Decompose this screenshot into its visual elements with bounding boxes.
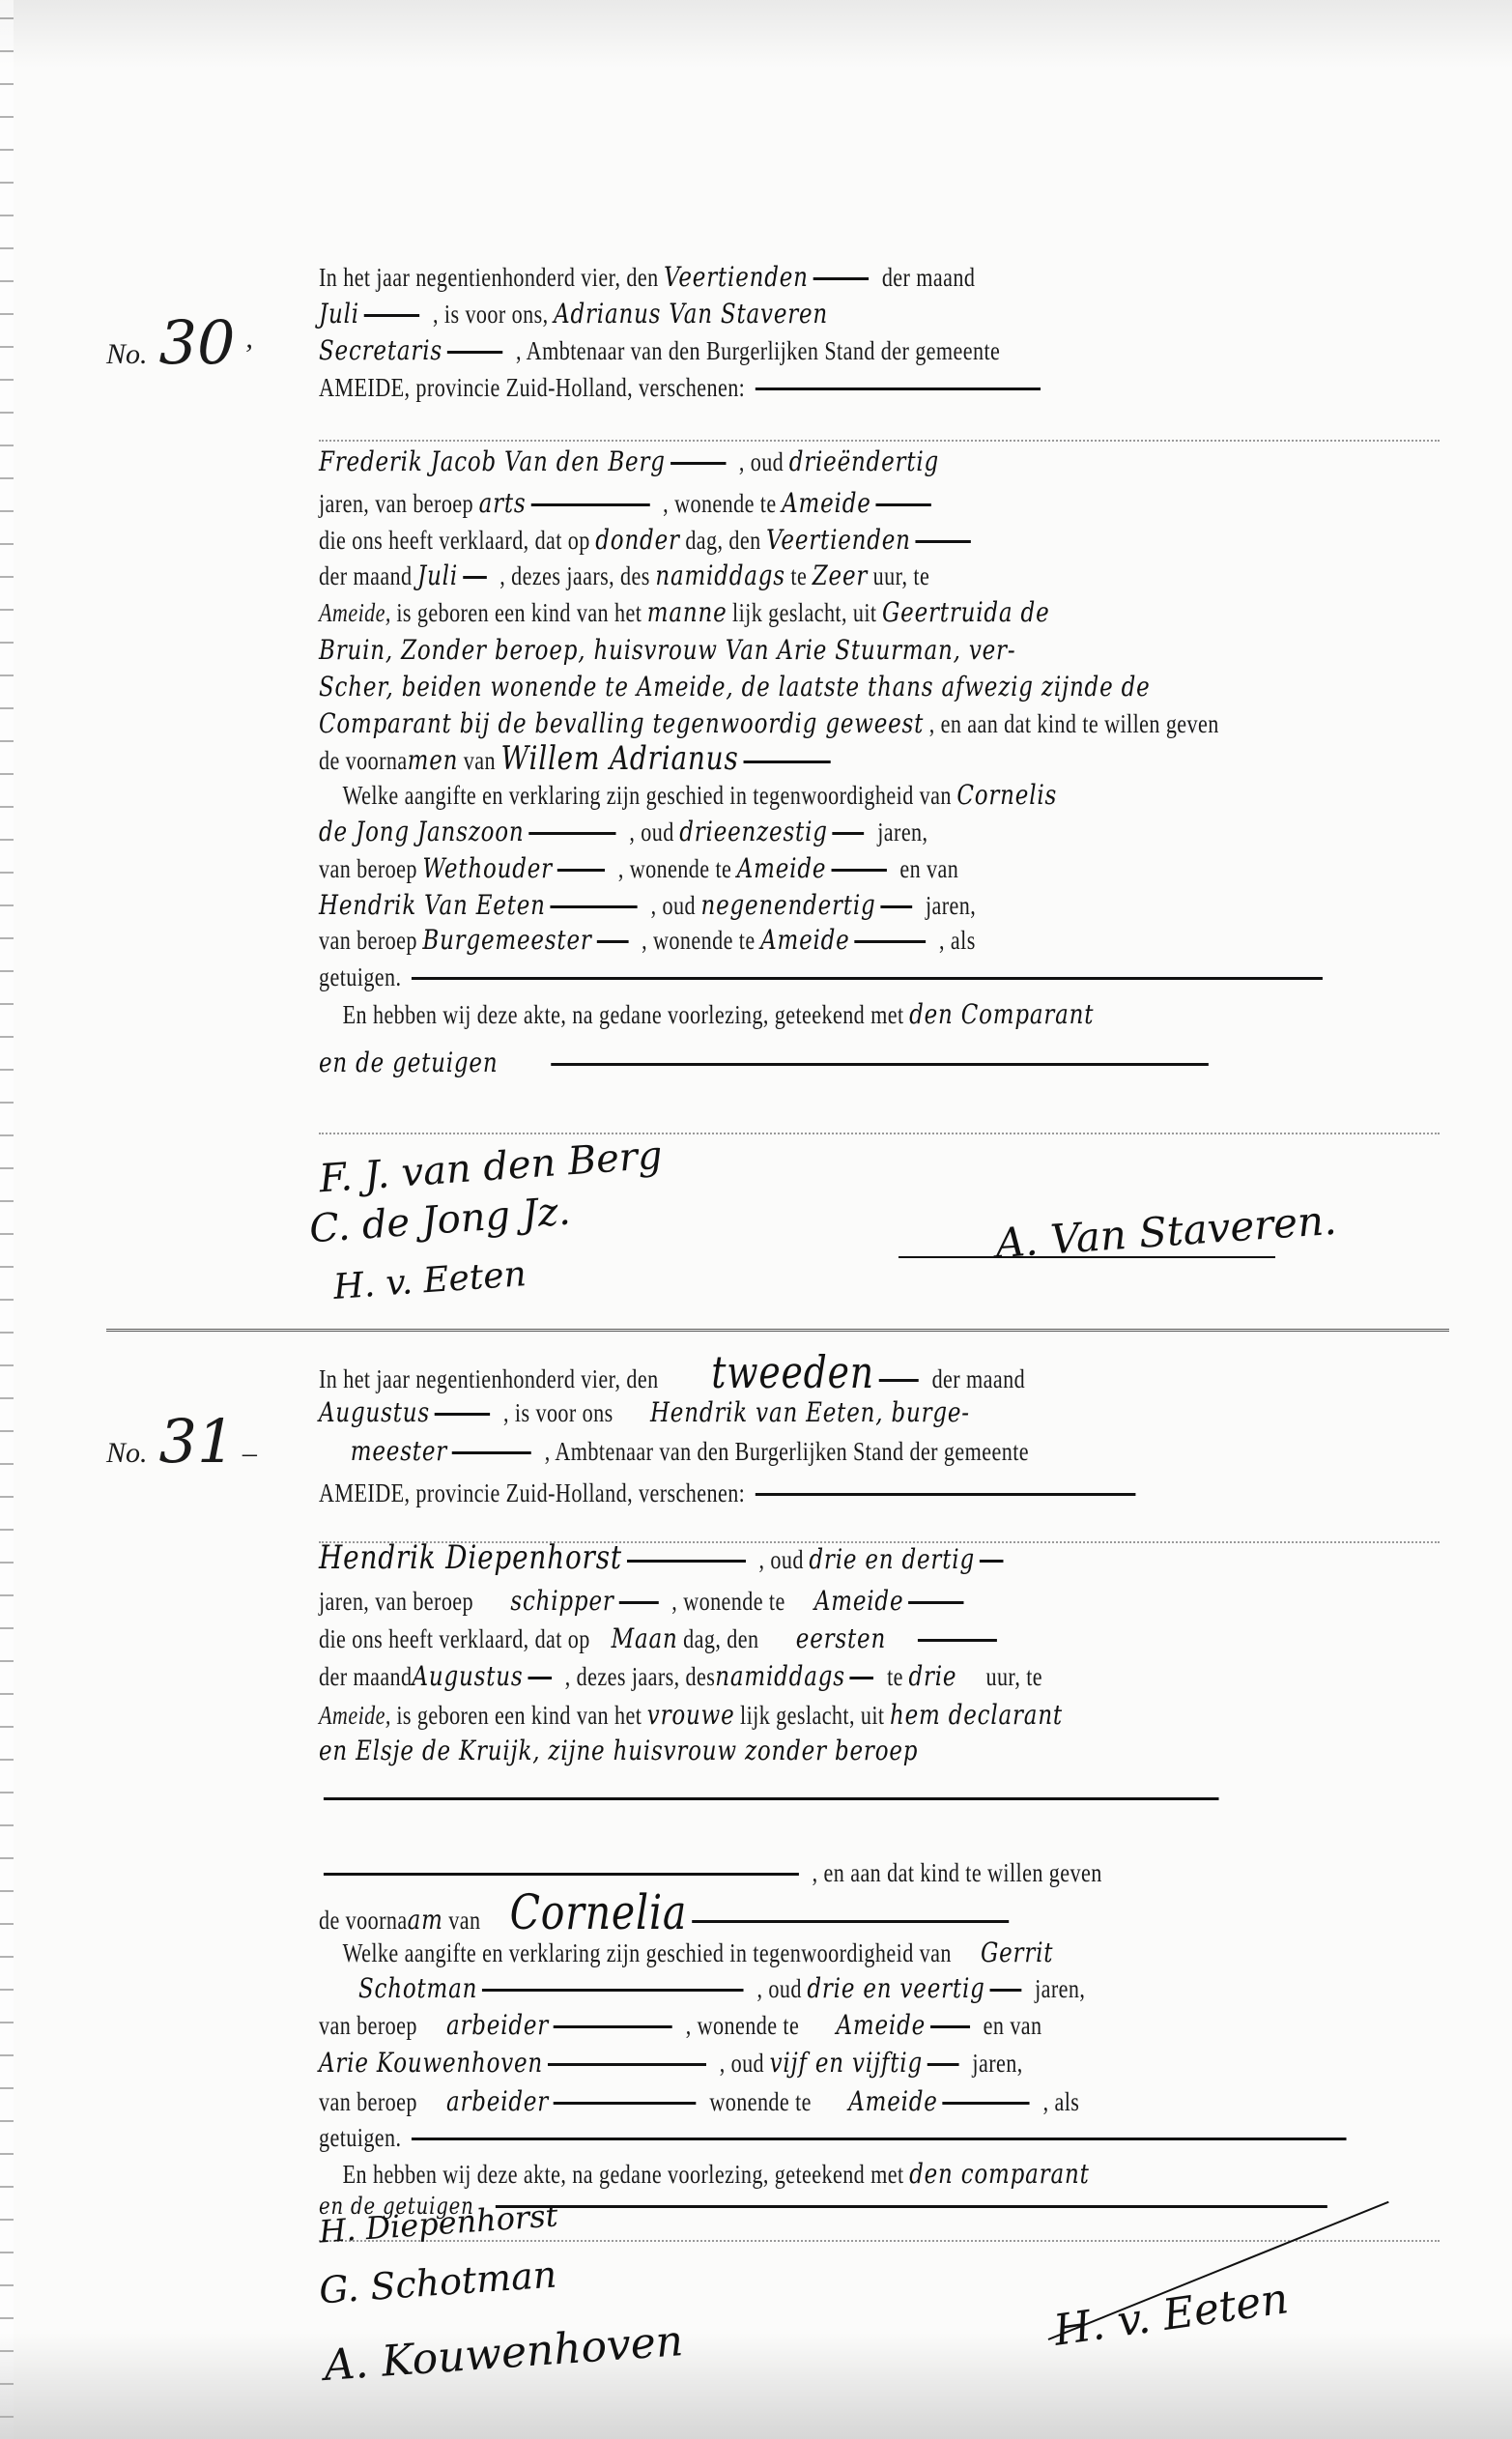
handwritten-witness-2-residence: Ameide — [760, 924, 849, 956]
handwritten-witness-1-surname: de Jong Janszoon — [319, 816, 525, 847]
signature-witness-2: H. v. Eeten — [332, 1254, 528, 1307]
number-label: No. — [106, 1437, 148, 1469]
handwritten-witness-1-residence: Ameide — [737, 852, 826, 884]
handwritten-declarant-name: Hendrik Diepenhorst — [319, 1538, 622, 1577]
r31-line-16: van beroep arbeider , wonende te Ameide … — [319, 2006, 1238, 2045]
r31-line-15: Schotman , oud drie en veertig jaren, — [319, 1969, 1238, 2008]
handwritten-witness-1: Gerrit — [981, 1937, 1053, 1968]
handwritten-month: Augustus — [319, 1396, 430, 1428]
r31-line-17: Arie Kouwenhoven , oud vijf en vijftig j… — [319, 2044, 1238, 2082]
printed-place: Ameide, — [319, 598, 391, 627]
printed-text: en van — [899, 854, 958, 883]
printed-text: van — [448, 1906, 480, 1935]
r30-line-16: van beroep Wethouder , wonende te Ameide… — [319, 849, 1238, 888]
printed-text: , dezes jaars, des — [499, 561, 650, 590]
r31-line-3: meester , Ambtenaar van den Burgerlijken… — [319, 1432, 1238, 1471]
printed-text: die ons heeft verklaard, dat op — [319, 1624, 590, 1653]
handwritten-witness-2: Arie Kouwenhoven — [319, 2047, 543, 2079]
printed-text: is geboren een kind van het — [396, 598, 642, 627]
printed-text: , oud — [720, 2049, 764, 2078]
printed-text: van beroep — [319, 854, 417, 883]
handwritten-signers: den Comparant — [909, 998, 1094, 1030]
printed-text: uur, te — [985, 1662, 1042, 1691]
printed-text: getuigen. — [319, 962, 401, 991]
r31-line-1: In het jaar negentienhonderd vier, den t… — [319, 1353, 1238, 1392]
printed-text: te — [790, 561, 807, 590]
printed-text: jaren, — [926, 891, 976, 920]
handwritten-witness-2-residence: Ameide — [848, 2085, 937, 2117]
r31-line-10: en Elsje de Kruijk, zijne huisvrouw zond… — [319, 1732, 1238, 1770]
printed-text: de voorna — [319, 1906, 408, 1935]
printed-text: van beroep — [319, 2087, 417, 2116]
record-number-31: No.31 – — [106, 1406, 257, 1477]
r31-line-11 — [319, 1778, 1238, 1817]
r31-line-14: Welke aangifte en verklaring zijn geschi… — [319, 1934, 1238, 1972]
handwritten-witness-2-occupation: Burgemeester — [422, 924, 591, 956]
printed-text: In het jaar negentienhonderd vier, den — [319, 263, 659, 292]
r31-line-2: Augustus , is voor ons Hendrik van Eeten… — [319, 1393, 1238, 1432]
printed-text: jaren, — [972, 2049, 1022, 2078]
scan-edge-top — [0, 0, 1512, 68]
printed-text: en van — [984, 2011, 1042, 2040]
handwritten-birth-month: Augustus — [413, 1660, 524, 1692]
handwritten-witness-1: Cornelis — [956, 779, 1057, 811]
handwritten-witness-1-occupation: arbeider — [446, 2009, 549, 2041]
r31-line-4: AMEIDE, provincie Zuid-Holland, verschen… — [319, 1474, 1238, 1512]
scan-edge-left — [0, 0, 14, 2439]
r30-line-13: de voornamen van Willem Adrianus — [319, 739, 1238, 778]
printed-text: der maand — [319, 1662, 413, 1691]
handwritten-witness-1-age: drieenzestig — [679, 816, 828, 847]
printed-text: lijk geslacht, uit — [740, 1701, 884, 1730]
r31-line-12: , en aan dat kind te willen geven — [319, 1853, 1238, 1892]
r31-line-19: getuigen. — [319, 2118, 1238, 2157]
handwritten-child-name: Cornelia — [510, 1884, 688, 1940]
handwritten-witness-1-age: drie en veertig — [807, 1972, 984, 2004]
printed-text: jaren, — [877, 818, 927, 846]
printed-text: , is voor ons, — [433, 300, 549, 329]
signature-witness-1: G. Schotman — [318, 2252, 558, 2311]
handwritten-witness-2-occupation: arbeider — [446, 2085, 549, 2117]
printed-text: Welke aangifte en verklaring zijn geschi… — [343, 781, 952, 810]
handwritten-declarant-name: Frederik Jacob Van den Berg — [319, 445, 666, 477]
r30-line-14: Welke aangifte en verklaring zijn geschi… — [319, 776, 1238, 815]
printed-text: van — [464, 746, 496, 775]
handwritten-suffix: am — [408, 1904, 443, 1936]
printed-text: , wonende te — [671, 1587, 785, 1616]
printed-text: AMEIDE, provincie Zuid-Holland, verschen… — [319, 373, 745, 402]
handwritten-official-title: meester — [351, 1435, 447, 1467]
r30-line-15: de Jong Janszoon , oud drieenzestig jare… — [319, 813, 1238, 851]
printed-text: wonende te — [709, 2087, 812, 2116]
r30-line-10: Bruin, Zonder beroep, huisvrouw Van Arie… — [319, 631, 1238, 670]
dotted-rule — [319, 1133, 1440, 1134]
printed-text: , wonende te — [618, 854, 731, 883]
record-number-30: No.30 ’ — [106, 307, 252, 378]
printed-text: der maand — [932, 1364, 1026, 1393]
record-number: 31 — [159, 1406, 236, 1477]
r30-line-6: jaren, van beroep arts , wonende te Amei… — [319, 484, 1238, 523]
number-label: No. — [106, 338, 148, 370]
printed-text: , oud — [756, 1974, 801, 2003]
printed-text: te — [887, 1662, 903, 1691]
record-separator — [106, 1329, 1449, 1332]
handwritten-age: drieëndertig — [789, 445, 939, 477]
record-number: 30 — [159, 307, 236, 378]
printed-text: , oud — [629, 818, 673, 846]
r30-line-12: Comparant bij de bevalling tegenwoordig … — [319, 704, 1238, 743]
document-page: No.30 ’ In het jaar negentienhonderd vie… — [0, 0, 1512, 2439]
r30-line-7: die ons heeft verklaard, dat op donder d… — [319, 521, 1238, 560]
printed-text: getuigen. — [319, 2123, 401, 2152]
r30-line-1: In het jaar negentienhonderd vier, den V… — [319, 258, 1238, 297]
handwritten-birth-month: Juli — [417, 560, 458, 591]
printed-text: , Ambtenaar van den Burgerlijken Stand d… — [516, 336, 1000, 365]
handwritten-occupation: schipper — [510, 1585, 613, 1617]
printed-text: dag, den — [683, 1624, 758, 1653]
printed-text: , oud — [651, 891, 696, 920]
printed-text: Welke aangifte en verklaring zijn geschi… — [343, 1938, 952, 1967]
printed-text: , wonende te — [686, 2011, 799, 2040]
r31-line-9: Ameide, is geboren een kind van het vrou… — [319, 1696, 1238, 1735]
handwritten-sex: manne — [647, 596, 727, 628]
printed-text: van beroep — [319, 2011, 417, 2040]
printed-text: En hebben wij deze akte, na gedane voorl… — [343, 1000, 904, 1029]
handwritten-official-name: Hendrik van Eeten, burge- — [650, 1396, 970, 1428]
printed-text: , oud — [759, 1545, 804, 1574]
printed-text: dag, den — [685, 526, 760, 555]
handwritten-occupation: arts — [479, 487, 527, 519]
printed-place: Ameide, — [319, 1701, 391, 1730]
printed-text: der maand — [882, 263, 976, 292]
handwritten-day: tweeden — [711, 1346, 874, 1398]
scan-edge-bottom — [0, 2333, 1512, 2439]
handwritten-parent: hem declarant — [890, 1699, 1063, 1731]
r30-line-11: Scher, beiden wonende te Ameide, de laat… — [319, 668, 1238, 706]
r31-line-8: der maandAugustus , dezes jaars, desnami… — [319, 1657, 1238, 1696]
dotted-rule — [319, 2240, 1440, 2242]
handwritten-witness-2-age: negenendertig — [700, 889, 875, 921]
handwritten-time-of-day: namiddags — [655, 560, 785, 591]
handwritten-residence: Ameide — [782, 487, 870, 519]
printed-text: , en aan dat kind te willen geven — [929, 709, 1219, 738]
printed-text: jaren, van beroep — [319, 1587, 473, 1616]
printed-text: die ons heeft verklaard, dat op — [319, 526, 590, 555]
dotted-rule — [319, 440, 1440, 442]
printed-text: is geboren een kind van het — [396, 1701, 642, 1730]
r30-line-8: der maand Juli , dezes jaars, des namidd… — [319, 557, 1238, 595]
r31-line-7: die ons heeft verklaard, dat op Maan dag… — [319, 1620, 1238, 1658]
printed-text: , als — [1043, 2087, 1080, 2116]
handwritten-hour: Zeer — [813, 560, 868, 591]
printed-text: , Ambtenaar van den Burgerlijken Stand d… — [545, 1437, 1029, 1466]
r30-line-9: Ameide, is geboren een kind van het mann… — [319, 593, 1238, 632]
handwritten-mother: Geertruida de — [882, 596, 1049, 628]
handwritten-witness-2-age: vijf en vijftig — [770, 2047, 923, 2079]
printed-text: En hebben wij deze akte, na gedane voorl… — [343, 2160, 904, 2189]
signature-flourish — [899, 1256, 1275, 1258]
handwritten-official-title: Secretaris — [319, 334, 442, 366]
printed-text: , en aan dat kind te willen geven — [813, 1858, 1102, 1887]
handwritten-time-of-day: namiddags — [715, 1660, 845, 1692]
printed-text: , als — [939, 926, 976, 955]
printed-text: , is voor ons — [503, 1398, 613, 1427]
handwritten-sex: vrouwe — [647, 1699, 735, 1731]
handwritten-child-name: Willem Adrianus — [500, 739, 738, 778]
printed-text: uur, te — [873, 561, 930, 590]
handwritten-month: Juli — [319, 298, 359, 330]
handwritten-signers-cont: en de getuigen — [319, 1047, 498, 1078]
handwritten-parents-residence: Scher, beiden wonende te Ameide, de laat… — [319, 671, 1151, 703]
printed-text: van beroep — [319, 926, 417, 955]
printed-text: jaren, van beroep — [319, 489, 473, 518]
printed-text: , wonende te — [642, 926, 755, 955]
handwritten-witness-1-occupation: Wethouder — [422, 852, 553, 884]
r30-line-18: van beroep Burgemeester , wonende te Ame… — [319, 921, 1238, 960]
r30-line-4: AMEIDE, provincie Zuid-Holland, verschen… — [319, 368, 1238, 407]
handwritten-weekday: Maan — [612, 1622, 678, 1654]
handwritten-official-name: Adrianus Van Staveren — [554, 298, 828, 330]
handwritten-age: drie en dertig — [809, 1543, 975, 1575]
handwritten-residence: Ameide — [814, 1585, 903, 1617]
handwritten-note: Comparant bij de bevalling tegenwoordig … — [319, 707, 924, 739]
r30-line-17: Hendrik Van Eeten , oud negenendertig ja… — [319, 886, 1238, 925]
printed-text: lijk geslacht, uit — [732, 598, 876, 627]
r30-line-20: En hebben wij deze akte, na gedane voorl… — [319, 995, 1238, 1034]
r31-line-5: Hendrik Diepenhorst , oud drie en dertig — [319, 1538, 1238, 1577]
r31-line-18: van beroep arbeider wonende te Ameide , … — [319, 2082, 1238, 2121]
printed-text: In het jaar negentienhonderd vier, den — [319, 1364, 659, 1393]
r30-line-19: getuigen. — [319, 958, 1238, 996]
handwritten-witness-2: Hendrik Van Eeten — [319, 889, 546, 921]
r30-line-3: Secretaris , Ambtenaar van den Burgerlij… — [319, 331, 1238, 370]
handwritten-witness-1-residence: Ameide — [837, 2009, 926, 2041]
handwritten-suffix: men — [408, 744, 459, 776]
printed-text: jaren, — [1035, 1974, 1085, 2003]
r30-line-21: en de getuigen — [319, 1044, 1238, 1082]
handwritten-birth-day: eersten — [796, 1622, 886, 1654]
handwritten-mother-details: Bruin, Zonder beroep, huisvrouw Van Arie… — [319, 634, 1015, 666]
printed-text: AMEIDE, provincie Zuid-Holland, verschen… — [319, 1478, 745, 1507]
handwritten-witness-1-surname: Schotman — [358, 1972, 477, 2004]
printed-text: , wonende te — [663, 489, 776, 518]
handwritten-hour: drie — [908, 1660, 956, 1692]
r30-line-5: Frederik Jacob Van den Berg , oud drieën… — [319, 443, 1238, 481]
r31-line-6: jaren, van beroep schipper , wonende te … — [319, 1582, 1238, 1621]
printed-text: de voorna — [319, 746, 408, 775]
printed-text: , oud — [739, 447, 784, 476]
r31-line-13: de voornaam van Cornelia — [319, 1893, 1238, 1932]
r30-line-2: Juli , is voor ons, Adrianus Van Stavere… — [319, 295, 1238, 333]
handwritten-day: Veertienden — [664, 261, 809, 293]
handwritten-mother-details: en Elsje de Kruijk, zijne huisvrouw zond… — [319, 1735, 918, 1766]
printed-text: , dezes jaars, des — [565, 1662, 716, 1691]
signature-father: F. J. van den Berg — [318, 1133, 664, 1202]
handwritten-birth-day: Veertienden — [766, 524, 911, 556]
handwritten-weekday: donder — [595, 524, 679, 556]
printed-text: der maand — [319, 561, 413, 590]
